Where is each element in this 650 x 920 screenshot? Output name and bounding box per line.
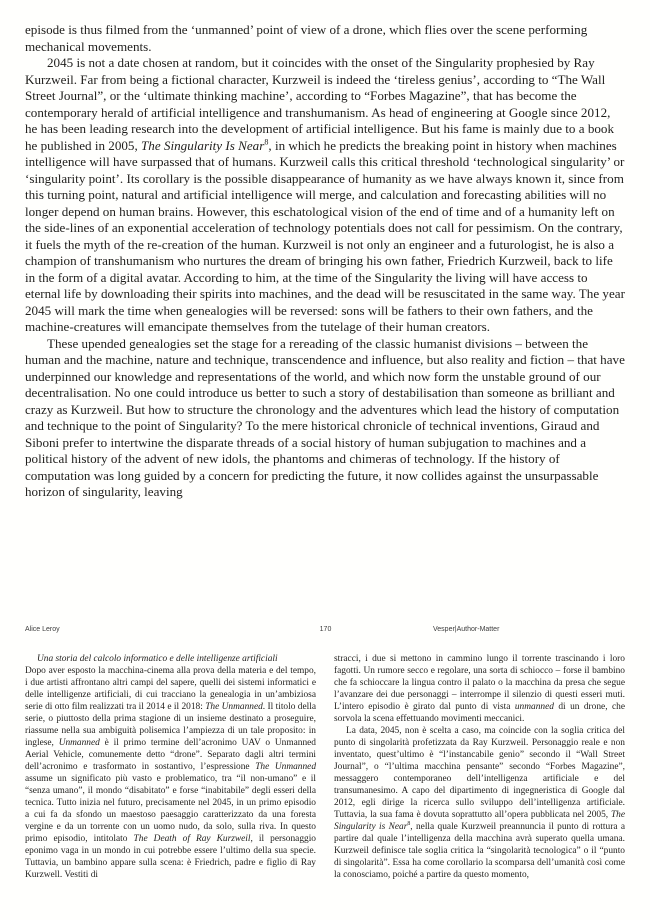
footer-journal-title: Vesper|Author-Matter: [433, 626, 499, 633]
translation-column-right: stracci, i due si mettono in cammino lun…: [334, 653, 625, 881]
english-paragraph-1: episode is thus filmed from the ‘unmanne…: [25, 22, 626, 55]
italian-paragraph-right-2: La data, 2045, non è scelta a caso, ma c…: [334, 725, 625, 881]
italian-paragraph-left: Dopo aver esposto la macchina-cinema all…: [25, 665, 316, 881]
document-page: episode is thus filmed from the ‘unmanne…: [0, 0, 650, 920]
footer-page-number: 170: [320, 626, 332, 633]
footer-author-name: Alice Leroy: [25, 626, 60, 633]
english-paragraph-2: 2045 is not a date chosen at random, but…: [25, 55, 626, 336]
translation-column-left: Una storia del calcolo informatico e del…: [25, 653, 316, 881]
page-footer: Alice Leroy 170 Vesper|Author-Matter: [25, 626, 626, 638]
italian-paragraph-right-1: stracci, i due si mettono in cammino lun…: [334, 653, 625, 725]
italian-section-heading: Una storia del calcolo informatico e del…: [25, 653, 316, 665]
main-text-english: episode is thus filmed from the ‘unmanne…: [25, 22, 626, 501]
italian-translation-section: Una storia del calcolo informatico e del…: [25, 653, 626, 881]
english-paragraph-3: These upended genealogies set the stage …: [25, 336, 626, 501]
